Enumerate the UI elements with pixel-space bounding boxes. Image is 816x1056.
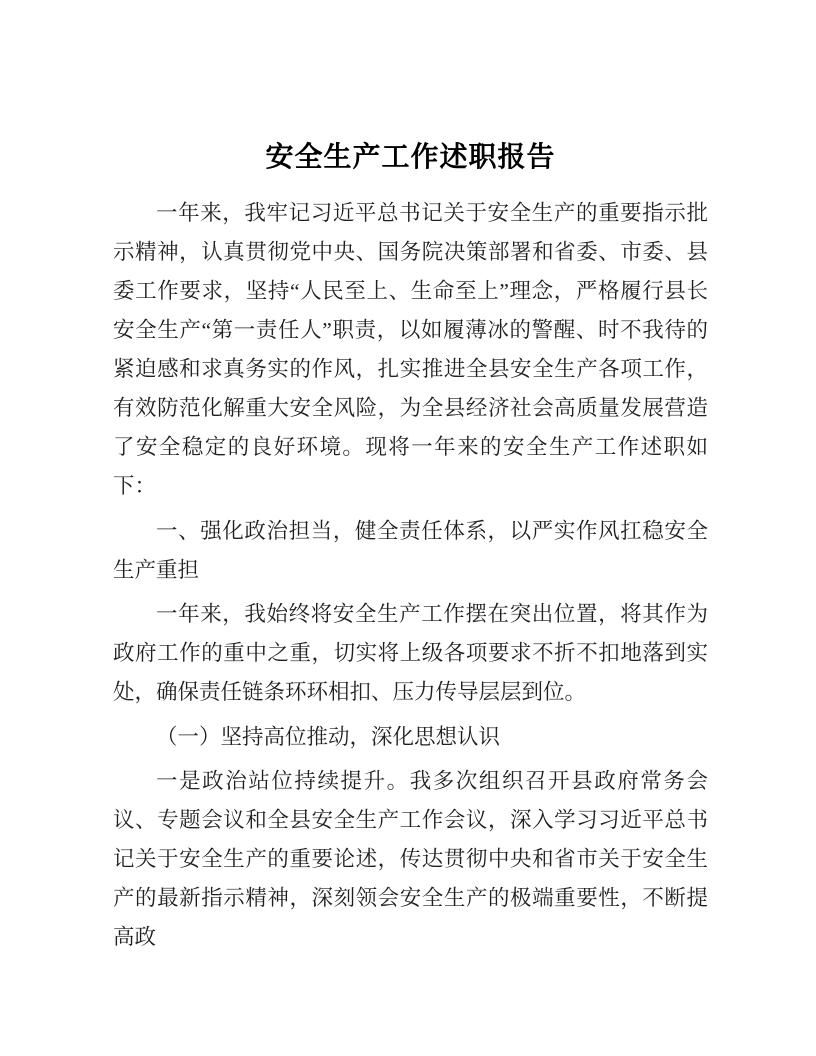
section-heading-1: 一、强化政治担当，健全责任体系，以严实作风扛稳安全生产重担 [113,512,708,590]
paragraph-intro: 一年来，我牢记习近平总书记关于安全生产的重要指示批示精神，认真贯彻党中央、国务院… [113,194,708,506]
paragraph-section-1: 一年来，我始终将安全生产工作摆在突出位置，将其作为政府工作的重中之重，切实将上级… [113,595,708,712]
document-page: 安全生产工作述职报告 一年来，我牢记习近平总书记关于安全生产的重要指示批示精神，… [0,0,816,1056]
document-title: 安全生产工作述职报告 [113,140,708,174]
subsection-heading-1-1: （一）坚持高位推动，深化思想认识 [113,718,708,757]
paragraph-subsection-1-1: 一是政治站位持续提升。我多次组织召开县政府常务会议、专题会议和全县安全生产工作会… [113,762,708,957]
